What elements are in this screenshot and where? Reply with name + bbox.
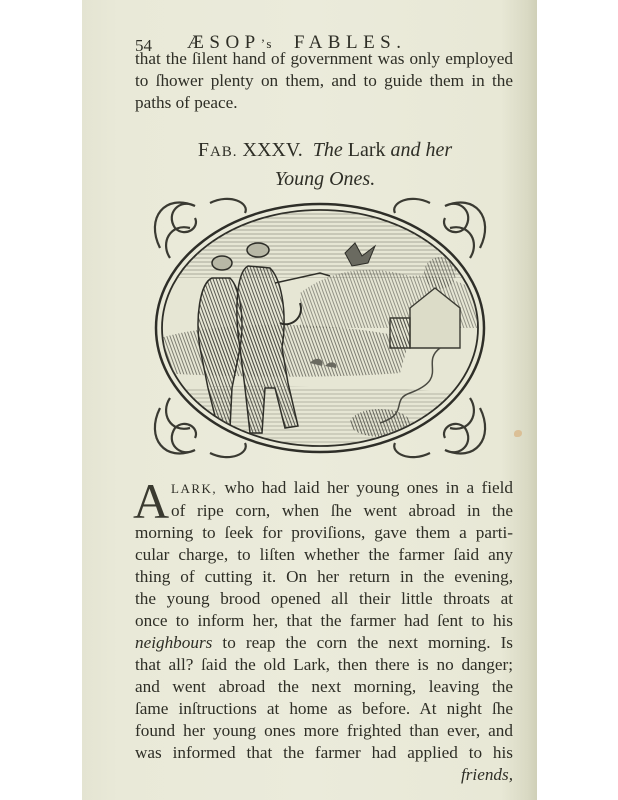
text-line-rest: to reap the corn the next morning. Is <box>212 633 513 652</box>
text-line-rest: who had laid her young ones in a field <box>217 478 513 497</box>
text-line: paths of peace. <box>135 92 513 114</box>
fable-label-rest: AB. <box>210 144 238 160</box>
text-line: cular charge, to liſten whether the farm… <box>135 544 513 566</box>
text-line: morning to ſeek for proviſions, gave the… <box>135 522 513 544</box>
text-line: that all? ſaid the old Lark, then there … <box>135 654 513 676</box>
first-word: LARK, <box>171 481 217 496</box>
text-line: found her young ones more frighted than … <box>135 720 513 742</box>
italic-word: neighbours <box>135 633 212 652</box>
fable-label: FAB. <box>198 139 238 161</box>
fable-label-initial: F <box>198 139 210 161</box>
fable-title: FAB. XXXV. The Lark and her Young Ones. <box>135 137 515 193</box>
title-young-ones: Young Ones. <box>275 168 375 190</box>
title-lark: Lark <box>348 139 386 161</box>
text-line: neighbours to reap the corn the next mor… <box>135 632 513 654</box>
text-line: the young brood opened all their little … <box>135 588 513 610</box>
drop-cap: A <box>133 479 169 523</box>
intro-paragraph: that the ſilent hand of government was o… <box>135 48 513 114</box>
title-the: The <box>313 139 343 161</box>
fable-number: XXXV. <box>243 139 303 161</box>
title-and-her: and her <box>391 139 453 161</box>
text-line: that the ſilent hand of government was o… <box>135 48 513 70</box>
fable-body: A LARK, who had laid her young ones in a… <box>135 477 513 786</box>
paper-stain <box>514 430 522 437</box>
text-line: once to inform her, that the farmer had … <box>135 610 513 632</box>
text-line: thing of cutting it. On her return in th… <box>135 566 513 588</box>
text-line: was informed that the farmer had applied… <box>135 742 513 764</box>
text-line: LARK, who had laid her young ones in a f… <box>135 477 513 500</box>
text-line: of ripe corn, when ſhe went abroad in th… <box>135 500 513 522</box>
catchword-text: friends, <box>461 765 513 784</box>
text-line: and went abroad the next morning, leavin… <box>135 676 513 698</box>
catchword: friends, <box>135 764 513 786</box>
text-line: ſame inſtructions at home as before. At … <box>135 698 513 720</box>
text-line: to ſhower plenty on them, and to guide t… <box>135 70 513 92</box>
woodcut-illustration <box>140 188 500 468</box>
book-page: 54 ÆSOP’s FABLES. that the ſilent hand o… <box>82 0 537 800</box>
